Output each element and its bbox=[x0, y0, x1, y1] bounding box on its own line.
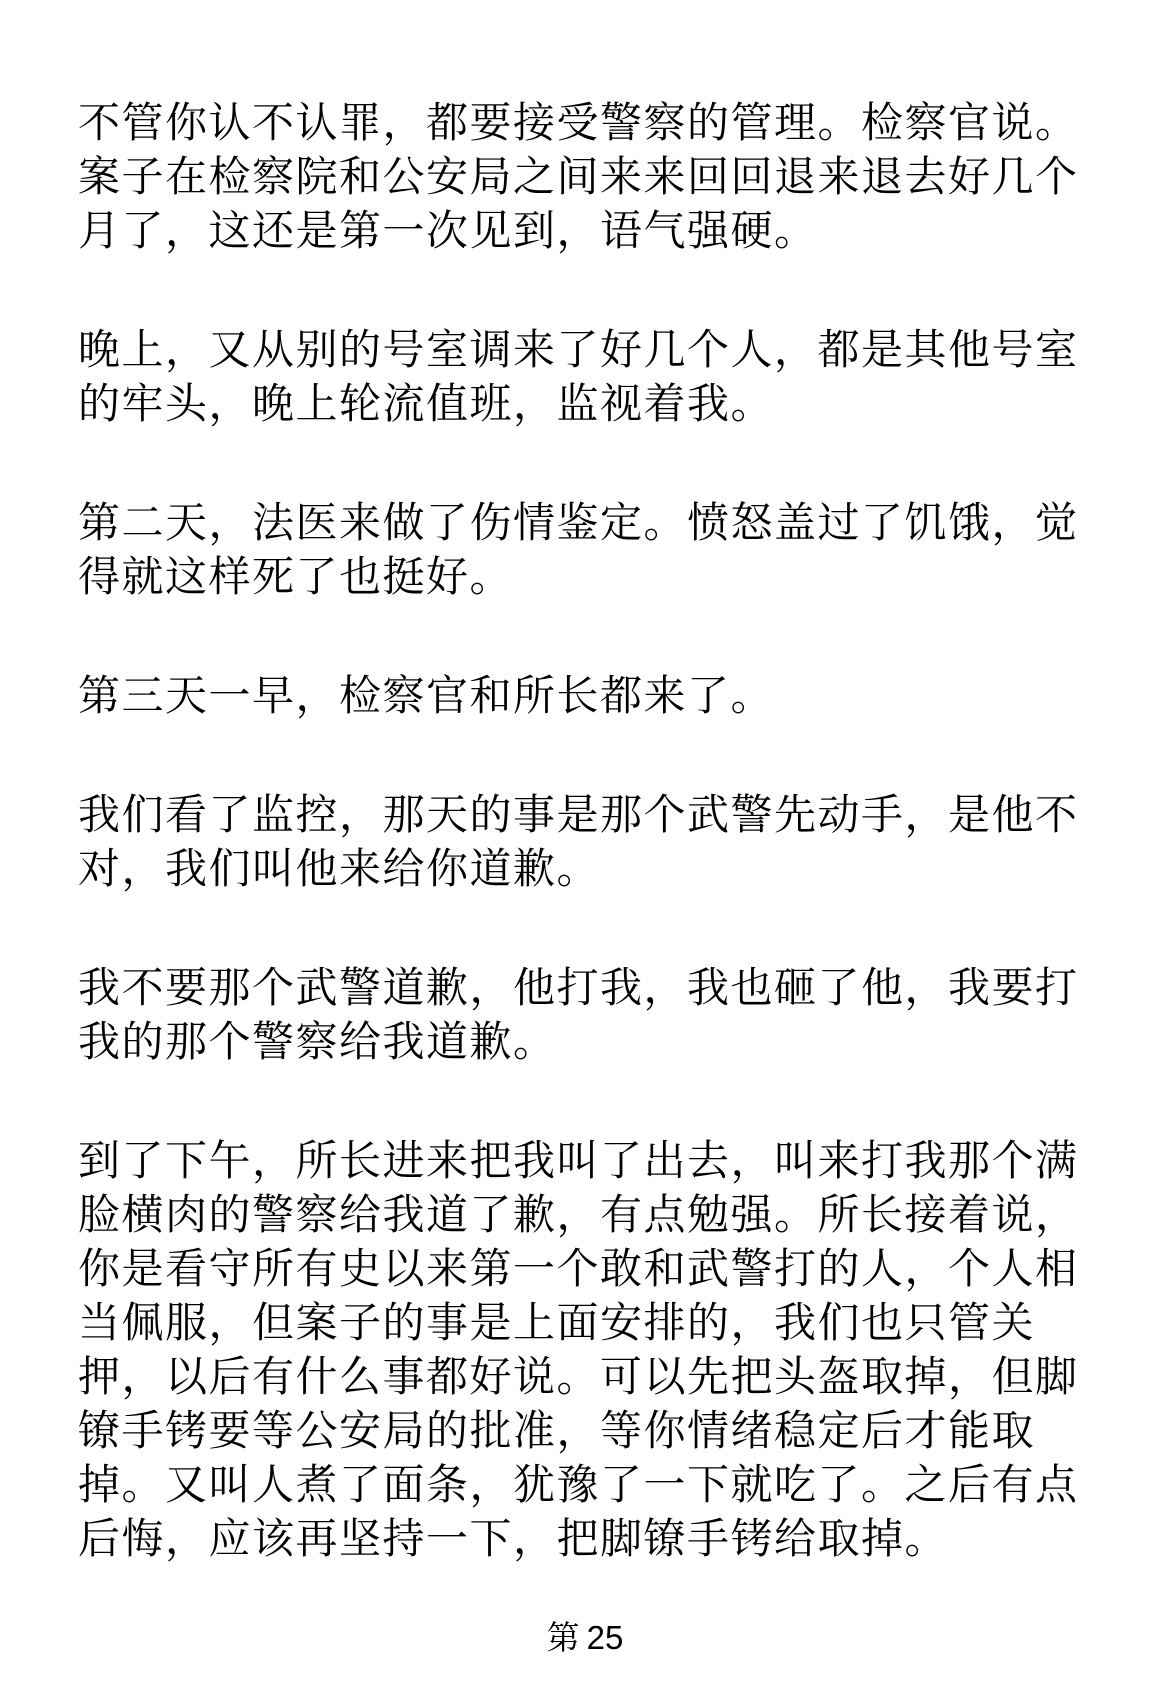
paragraph-3: 第二天，法医来做了伤情鉴定。愤怒盖过了饥饿，觉得就这样死了也挺好。 bbox=[78, 496, 1092, 604]
page-footer: 第25 bbox=[0, 1618, 1170, 1658]
document-page: 不管你认不认罪，都要接受警察的管理。检察官说。案子在检察院和公安局之间来来回回退… bbox=[0, 0, 1170, 1690]
paragraph-2: 晚上，又从别的号室调来了好几个人，都是其他号室的牢头，晚上轮流值班，监视着我。 bbox=[78, 323, 1092, 431]
paragraph-7: 到了下午，所长进来把我叫了出去，叫来打我那个满脸横肉的警察给我道了歉，有点勉强。… bbox=[78, 1134, 1092, 1566]
page-number-prefix: 第 bbox=[547, 1619, 580, 1656]
paragraph-6: 我不要那个武警道歉，他打我，我也砸了他，我要打我的那个警察给我道歉。 bbox=[78, 961, 1092, 1069]
paragraph-4: 第三天一早，检察官和所长都来了。 bbox=[78, 669, 1092, 723]
paragraph-5: 我们看了监控，那天的事是那个武警先动手，是他不对，我们叫他来给你道歉。 bbox=[78, 788, 1092, 896]
page-content: 不管你认不认罪，都要接受警察的管理。检察官说。案子在检察院和公安局之间来来回回退… bbox=[78, 96, 1092, 1631]
paragraph-1: 不管你认不认罪，都要接受警察的管理。检察官说。案子在检察院和公安局之间来来回回退… bbox=[78, 96, 1092, 258]
page-number: 25 bbox=[587, 1619, 624, 1656]
